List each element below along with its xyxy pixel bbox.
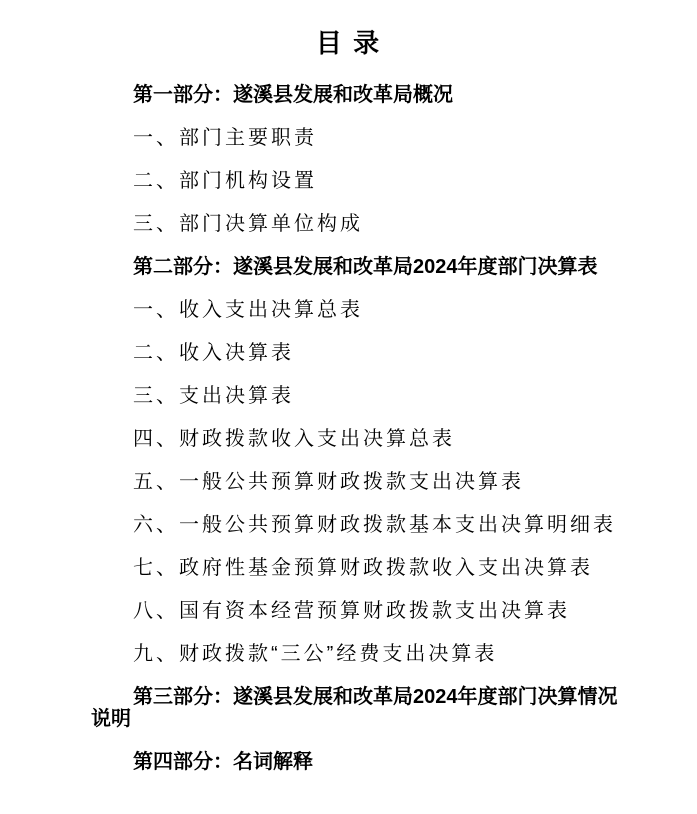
toc-entry-part4: 第四部分：名词解释 xyxy=(91,751,627,773)
page-title: 目 录 xyxy=(0,26,697,60)
toc-entry-table1: 一、收入支出决算总表 xyxy=(91,299,627,321)
document-page: 目 录 第一部分：遂溪县发展和改革局概况 一、部门主要职责 二、部门机构设置 三… xyxy=(0,0,697,814)
toc-entry-table4: 四、财政拨款收入支出决算总表 xyxy=(91,428,627,450)
toc-entry-table3: 三、支出决算表 xyxy=(91,385,627,407)
toc-entry-part3: 第三部分：遂溪县发展和改革局2024年度部门决算情况说明 xyxy=(91,686,627,730)
toc-entry-table5: 五、一般公共预算财政拨款支出决算表 xyxy=(91,471,627,493)
toc-entry-units: 三、部门决算单位构成 xyxy=(91,213,627,235)
table-of-contents: 第一部分：遂溪县发展和改革局概况 一、部门主要职责 二、部门机构设置 三、部门决… xyxy=(91,84,627,773)
toc-entry-part2: 第二部分：遂溪县发展和改革局2024年度部门决算表 xyxy=(91,256,627,278)
toc-entry-table8: 八、国有资本经营预算财政拨款支出决算表 xyxy=(91,600,627,622)
toc-entry-part1: 第一部分：遂溪县发展和改革局概况 xyxy=(91,84,627,106)
toc-entry-table2: 二、收入决算表 xyxy=(91,342,627,364)
toc-entry-table9: 九、财政拨款“三公”经费支出决算表 xyxy=(91,643,627,665)
toc-entry-duties: 一、部门主要职责 xyxy=(91,127,627,149)
toc-entry-table6: 六、一般公共预算财政拨款基本支出决算明细表 xyxy=(91,514,627,536)
toc-entry-structure: 二、部门机构设置 xyxy=(91,170,627,192)
toc-entry-table7: 七、政府性基金预算财政拨款收入支出决算表 xyxy=(91,557,627,579)
